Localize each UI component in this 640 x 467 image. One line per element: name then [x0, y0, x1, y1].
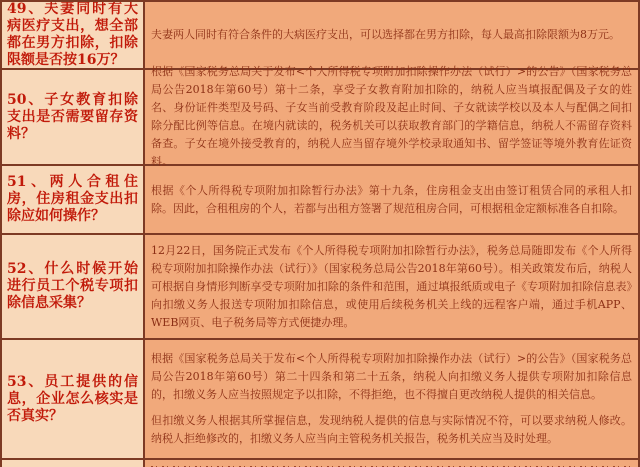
question-cell: 52、什么时候开始进行员工个税专项扣除信息采集？: [2, 235, 145, 338]
faq-table: 49、夫妻同时有大病医疗支出，想全部都在男方扣除，扣除限额是否按16万？ 夫妻两…: [0, 0, 640, 467]
answer-text: 根据《国家税务总局关于发布<个人所得税专项附加扣除操作办法（试行）>的公告》（国…: [151, 350, 632, 404]
answer-cell: 根据《国家税务总局关于发布<个人所得税专项附加扣除操作办法（试行）>的公告》（国…: [145, 340, 638, 458]
question-cell: 51、两人合租住房，住房租金支出扣除应如何操作？: [2, 166, 145, 233]
table-row: 53、员工提供的信息，企业怎么核实是否真实？ 根据《国家税务总局关于发布<个人所…: [2, 340, 638, 460]
answer-cell: 根据《个人所得税专项附加扣除暂行办法》第十九条，住房租金支出由签订租赁合同的承租…: [145, 166, 638, 233]
question-cell: 49、夫妻同时有大病医疗支出，想全部都在男方扣除，扣除限额是否按16万？: [2, 2, 145, 68]
answer-text: 夫妻两人同时有符合条件的大病医疗支出，可以选择都在男方扣除，每人最高扣除限额为8…: [151, 26, 632, 44]
question-cell: [2, 460, 145, 467]
question-text: 49、夫妻同时有大病医疗支出，想全部都在男方扣除，扣除限额是否按16万？: [7, 1, 138, 69]
answer-cell: 根据《国家税务总局关于发布<个人所得税专项附加扣除操作办法（试行）>的公告》（国…: [145, 70, 638, 164]
answer-cell: 夫妻两人同时有符合条件的大病医疗支出，可以选择都在男方扣除，每人最高扣除限额为8…: [145, 2, 638, 68]
question-text: 51、两人合租住房，住房租金支出扣除应如何操作？: [7, 174, 138, 225]
table-row: 52、什么时候开始进行员工个税专项扣除信息采集？ 12月22日，国务院正式发布《…: [2, 235, 638, 340]
answer-cell: [145, 460, 638, 467]
question-text: 52、什么时候开始进行员工个税专项扣除信息采集？: [7, 261, 138, 312]
answer-text-continued: 但扣缴义务人根据其所掌握信息，发现纳税人提供的信息与实际情况不符，可以要求纳税人…: [151, 412, 632, 448]
question-text: 53、员工提供的信息，企业怎么核实是否真实？: [7, 374, 138, 425]
question-cell: 50、子女教育扣除支出是否需要留存资料？: [2, 70, 145, 164]
answer-text: 根据《个人所得税专项附加扣除暂行办法》第十九条，住房租金支出由签订租赁合同的承租…: [151, 182, 632, 218]
answer-text: 根据《国家税务总局关于发布<个人所得税专项附加扣除操作办法（试行）>的公告》（国…: [151, 63, 632, 171]
answer-cell: 12月22日，国务院正式发布《个人所得税专项附加扣除暂行办法》，税务总局随即发布…: [145, 235, 638, 338]
answer-text: 12月22日，国务院正式发布《个人所得税专项附加扣除暂行办法》，税务总局随即发布…: [151, 242, 632, 332]
clipped-partial-row: [2, 460, 638, 467]
table-row: 50、子女教育扣除支出是否需要留存资料？ 根据《国家税务总局关于发布<个人所得税…: [2, 70, 638, 166]
question-text: 50、子女教育扣除支出是否需要留存资料？: [7, 92, 138, 143]
table-row: 51、两人合租住房，住房租金支出扣除应如何操作？ 根据《个人所得税专项附加扣除暂…: [2, 166, 638, 235]
question-cell: 53、员工提供的信息，企业怎么核实是否真实？: [2, 340, 145, 458]
table-row: 49、夫妻同时有大病医疗支出，想全部都在男方扣除，扣除限额是否按16万？ 夫妻两…: [2, 2, 638, 70]
